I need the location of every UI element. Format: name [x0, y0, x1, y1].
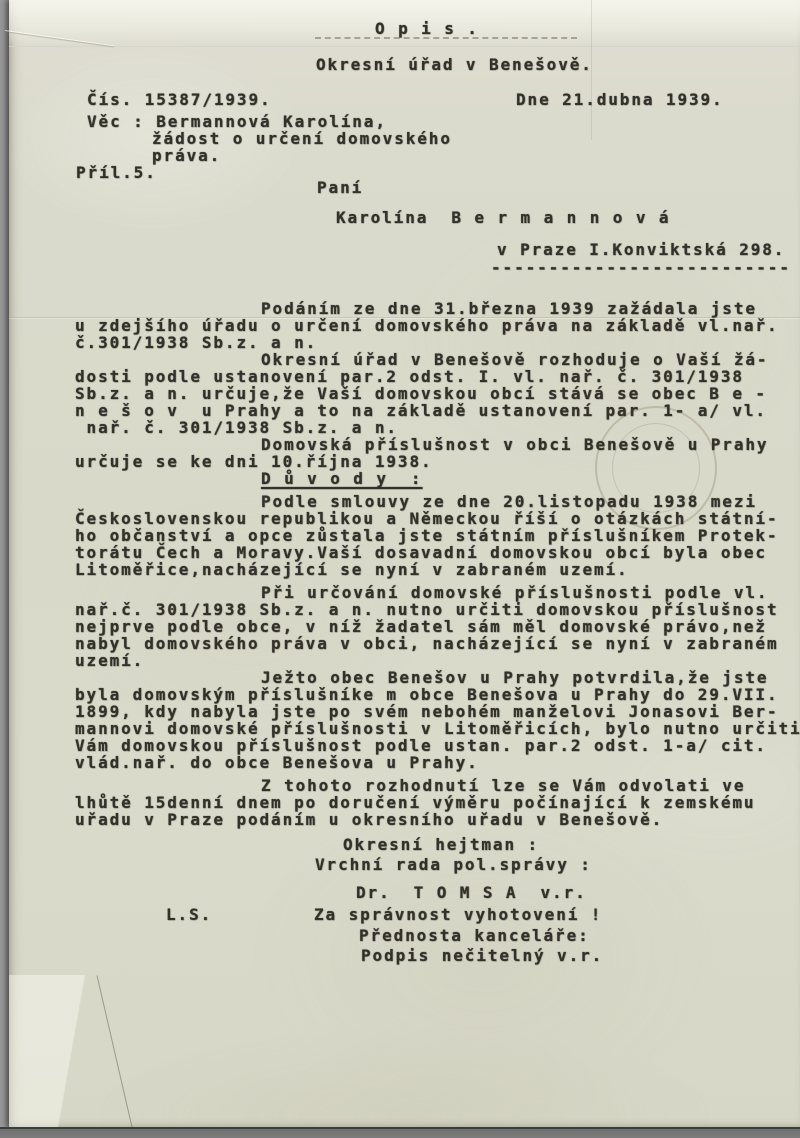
- signature-title-2: Vrchní rada pol.správy :: [315, 856, 592, 873]
- body-text-line: nař.č. 301/1938 Sb.z. a n. nutno určiti …: [75, 601, 800, 618]
- doc-type-title: O p i s .: [375, 20, 479, 37]
- body-text-line: Litoměřice,nacházející se nyní v zabrané…: [75, 561, 800, 578]
- office-head-title: Přednosta kanceláře:: [359, 927, 590, 944]
- scanner-background-bottom: [0, 1127, 800, 1138]
- body-text-line: Československou republikou a Německou ří…: [75, 510, 800, 527]
- body-text-line: u zdejšího úřadu o určení domovského prá…: [75, 317, 800, 334]
- body-text-line: Vám domovskou příslušnost podle ustan. p…: [75, 737, 800, 754]
- fold-bottom-left-shade: [9, 975, 119, 1127]
- fold-bottom-left: [97, 975, 134, 1129]
- illegible-signature-note: Podpis nečitelný v.r.: [361, 947, 603, 964]
- subject-line-3: práva.: [152, 147, 221, 164]
- address-divider-dashes: --------------------------: [491, 259, 791, 276]
- document-date: Dne 21.dubna 1939.: [516, 91, 724, 108]
- body-text-line: byla domovským příslušníke m obce Benešo…: [75, 686, 800, 703]
- body-text-line: určuje se ke dni 10.října 1938.: [75, 453, 800, 470]
- document-body: Podáním ze dne 31.března 1939 zažádala j…: [75, 300, 800, 828]
- signature-title-1: Okresní hejtman :: [343, 836, 539, 853]
- body-text-line: lhůtě 15denní dnem po doručení výměru po…: [75, 794, 800, 811]
- document-paper: O p i s . Okresní úřad v Benešově. Čís. …: [9, 0, 800, 1127]
- body-text-line: n e š o v u Prahy a to na základě ustano…: [75, 402, 800, 419]
- body-text-line: mannovi domovské příslušnosti v Litoměři…: [75, 720, 800, 737]
- body-text-line: Ježto obec Benešov u Prahy potvrdila,že …: [75, 669, 800, 686]
- body-text-line: 1899, kdy nabyla jste po svém nebohém ma…: [75, 703, 800, 720]
- body-text-line: Z tohoto rozhodnutí lze se Vám odvolati …: [75, 777, 800, 794]
- body-text-line: Při určování domovské příslušnosti podle…: [75, 584, 800, 601]
- signer-name: Dr. T O M S A v.r.: [356, 884, 587, 901]
- reference-number: Čís. 15387/1939.: [87, 91, 272, 108]
- addressee-name: Karolína B e r m a n n o v á: [336, 209, 670, 226]
- body-text-line: nař. č. 301/1938 Sb.z. a n.: [75, 419, 800, 436]
- scanner-background-left: [0, 0, 9, 1138]
- body-text-line: torátu Čech a Moravy.Vaší dosavadní domo…: [75, 544, 800, 561]
- body-text-line: dosti podle ustanovení par.2 odst. I. vl…: [75, 368, 800, 385]
- subject-line-2: žádost o určení domovského: [152, 130, 452, 147]
- body-text-line: Sb.z. a n. určuje,že Vaší domovskou obcí…: [75, 385, 800, 402]
- body-text-line: uřadu v Praze podáním u okresního uřadu …: [75, 811, 800, 828]
- salutation: Paní: [317, 179, 363, 196]
- body-text-line: Podle smlouvy ze dne 20.listopadu 1938 m…: [75, 493, 800, 510]
- scanned-document-view: O p i s . Okresní úřad v Benešově. Čís. …: [0, 0, 800, 1138]
- body-text-line: nejprve podle obce, v níž žadatel sám mě…: [75, 618, 800, 635]
- crease-top-left: [5, 30, 114, 46]
- body-text-line: D ů v o d y :: [75, 470, 800, 487]
- body-text-line: nabyl domovského práva v obci, nacházejí…: [75, 635, 800, 652]
- body-text-line: vlád.nař. do obce Benešova u Prahy.: [75, 754, 800, 771]
- body-text-line: Domovská příslušnost v obci Benešově u P…: [75, 436, 800, 453]
- body-text-line: č.301/1938 Sb.z. a n.: [75, 334, 800, 351]
- issuing-office: Okresní úřad v Benešově.: [316, 56, 593, 73]
- body-text-line: ho občanství a opce zůstala jste státním…: [75, 527, 800, 544]
- body-text-line: uzemí.: [75, 652, 800, 669]
- enclosures-count: Příl.5.: [76, 164, 157, 181]
- subject-line-1: Věc : Bermannová Karolína,: [87, 113, 387, 130]
- certification-line: Za správnost vyhotovení !: [314, 906, 602, 923]
- addressee-address: v Praze I.Konviktská 298.: [497, 241, 785, 258]
- body-text-line: Podáním ze dne 31.března 1939 zažádala j…: [75, 300, 800, 317]
- body-text-line: Okresní úřad v Benešově rozhoduje o Vaší…: [75, 351, 800, 368]
- seal-placeholder: L.S.: [166, 906, 212, 923]
